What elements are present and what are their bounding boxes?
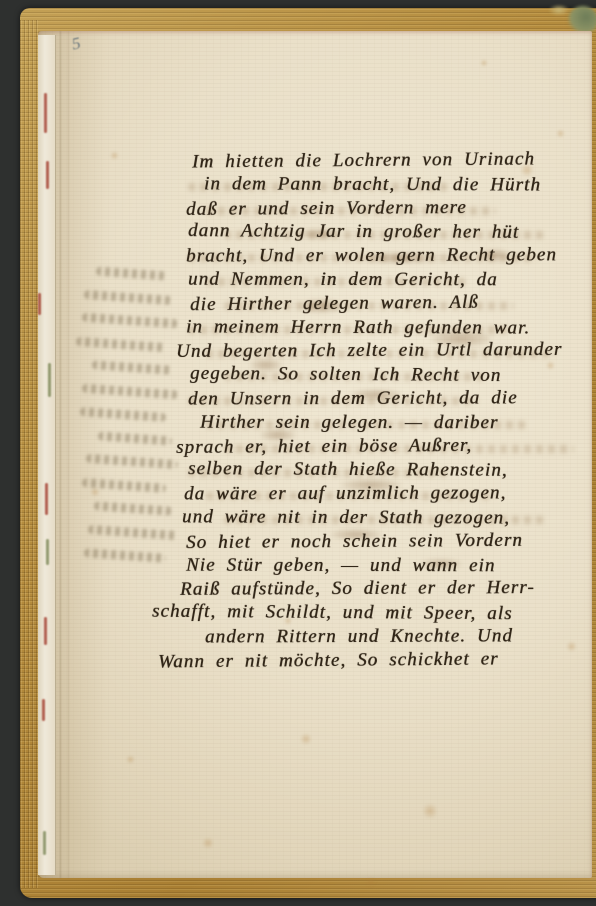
manuscript-line: da wäre er auf unzimlich gezogen, — [184, 483, 506, 506]
manuscript-text-block: Im hietten die Lochrern von Urinachin de… — [0, 0, 596, 906]
manuscript-line: Und begerten Ich zelte ein Urtl darunder — [176, 339, 563, 363]
manuscript-line: andern Rittern und Knechte. Und — [205, 625, 513, 648]
manuscript-line: Wann er nit möchte, So schickhet er — [158, 648, 499, 673]
manuscript-line: in dem Pann bracht, Und die Hürth — [204, 173, 541, 196]
manuscript-line: bracht, Und er wolen gern Recht geben — [186, 245, 557, 268]
manuscript-line: schafft, mit Schildt, und mit Speer, als — [152, 601, 513, 626]
manuscript-line: daß er und sein Vordern mere — [186, 197, 467, 221]
manuscript-line: dann Achtzig Jar in großer her hüt — [188, 221, 519, 245]
manuscript-line: die Hirther gelegen waren. Alß — [190, 292, 479, 317]
manuscript-line: So hiet er noch schein sein Vordern — [186, 530, 523, 554]
manuscript-line: Raiß aufstünde, So dient er der Herr- — [180, 577, 535, 601]
manuscript-line: den Unsern in dem Gericht, da die — [188, 387, 518, 410]
manuscript-line: Hirther sein gelegen. — dariber — [200, 412, 498, 435]
manuscript-line: und Nemmen, in dem Gericht, da — [188, 269, 498, 292]
manuscript-line: Nie Stür geben, — und wann ein — [186, 554, 495, 577]
manuscript-line: selben der Stath hieße Rahenstein, — [188, 459, 508, 483]
manuscript-line: Im hietten die Lochrern von Urinach — [192, 149, 535, 174]
manuscript-line: und wäre nit in der Stath gezogen, — [182, 506, 510, 529]
manuscript-line: gegeben. So solten Ich Recht von — [190, 363, 501, 387]
manuscript-line: sprach er, hiet ein böse Außrer, — [176, 435, 472, 459]
manuscript-line: in meinem Herrn Rath gefunden war. — [186, 316, 530, 339]
scanned-manuscript-page: 5 Im hietten die Lochrern von Urinachin … — [0, 0, 596, 906]
